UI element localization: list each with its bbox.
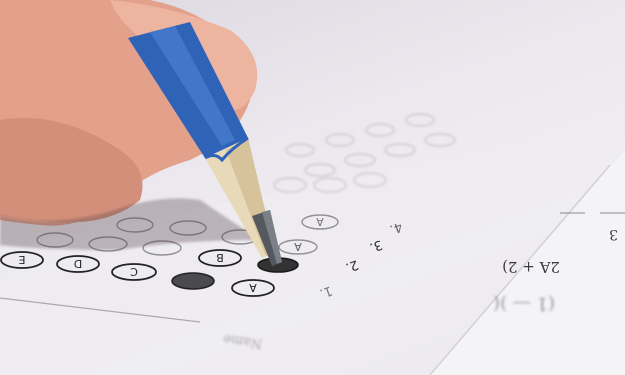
bubble-letter-d: D: [74, 257, 82, 270]
bubble-letter-a2: A: [294, 240, 302, 253]
bubble-letter-e: E: [18, 253, 25, 266]
math-line-1: 2A + 2): [502, 258, 560, 276]
bubble-letter-b: B: [216, 251, 224, 264]
bubble-letter-a: A: [249, 281, 257, 294]
bubble-letter-c: C: [130, 265, 138, 278]
filled-bubble-e: [172, 273, 214, 289]
math-line-2: (1 — )(: [493, 293, 555, 314]
scene-graphics: E D C B A A A 1. 2. 3. 4. Name 2A + 2) (…: [0, 0, 625, 375]
answer-sheet-photo: E D C B A A A 1. 2. 3. 4. Name 2A + 2) (…: [0, 0, 625, 375]
math-line-3: 3: [609, 226, 618, 242]
bubble-letter-a3: A: [316, 215, 324, 228]
